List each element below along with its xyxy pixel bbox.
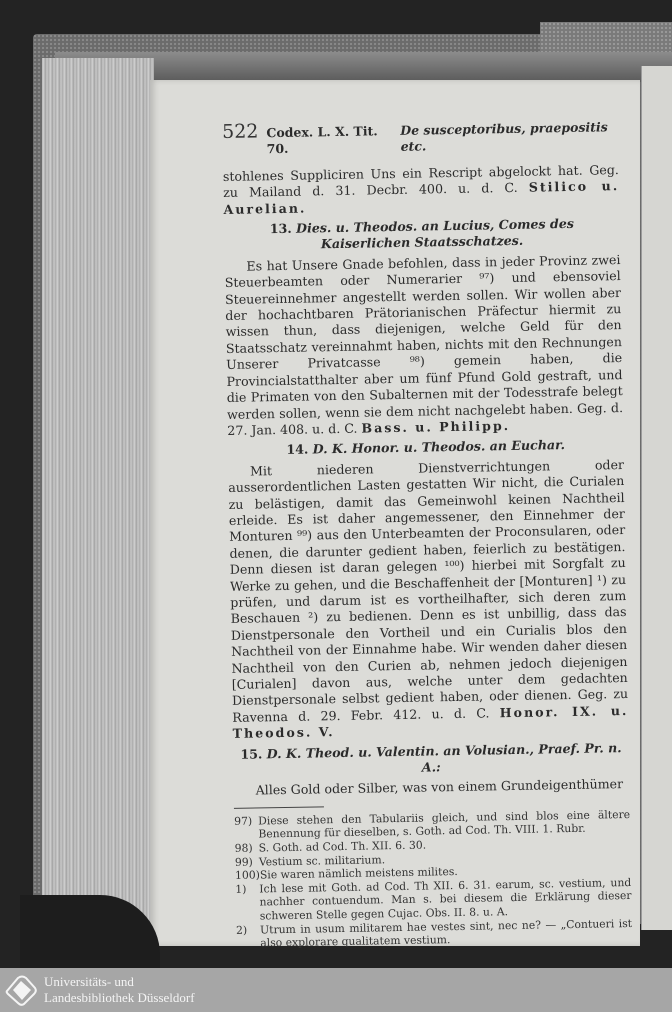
running-header: 522 Codex. L. X. Tit. 70. De susceptorib… xyxy=(222,117,619,159)
section-heading-15: 15. D. K. Theod. u. Valentin. an Volusia… xyxy=(233,740,630,780)
page-text: 522 Codex. L. X. Tit. 70. De susceptorib… xyxy=(222,117,632,951)
footnotes: 97)Diese stehen den Tabulariis gleich, u… xyxy=(234,808,632,951)
section-body-14: Mit niederen Dienstverrichtungen oder au… xyxy=(228,457,629,743)
page-number: 522 xyxy=(222,123,259,140)
section-text: Alles Gold oder Silber, was von einem Gr… xyxy=(256,777,624,798)
continuation-paragraph: stohlenes Suppliciren Uns ein Rescript a… xyxy=(223,162,620,218)
consul-names: Bass. u. Philipp. xyxy=(361,418,510,436)
section-text: Es hat Unsere Gnade befohlen, dass in je… xyxy=(225,252,623,438)
section-body-13: Es hat Unsere Gnade befohlen, dass in je… xyxy=(224,252,623,439)
footnote-marker: 97) xyxy=(234,814,258,842)
running-head-title: De susceptoribus, praepositis etc. xyxy=(400,119,618,156)
section-title: D. K. Honor. u. Theodos. an Euchar. xyxy=(313,437,566,456)
section-title: D. K. Theod. u. Valentin. an Volusian., … xyxy=(267,740,622,775)
footnote-marker: 100) xyxy=(235,869,260,883)
footnote-divider xyxy=(234,806,324,809)
section-body-15: Alles Gold oder Silber, was von einem Gr… xyxy=(234,776,630,799)
footnote-text: Ich lese mit Goth. ad Cod. Th XII. 6. 31… xyxy=(259,876,632,923)
book-logo-icon xyxy=(4,974,38,1006)
running-head-codex: Codex. L. X. Tit. 70. xyxy=(266,123,392,158)
footnote-marker: 2) xyxy=(236,923,260,951)
section-number: 13. xyxy=(270,221,292,236)
library-name-line2: Landesbibliothek Düsseldorf xyxy=(44,990,195,1006)
section-number: 15. xyxy=(240,746,262,761)
footnote-1: 1)Ich lese mit Goth. ad Cod. Th XII. 6. … xyxy=(235,876,632,924)
footnote-marker: 1) xyxy=(235,882,260,923)
library-name: Universitäts- und Landesbibliothek Düsse… xyxy=(44,974,195,1006)
section-heading-13: 13. Dies. u. Theodos. an Lucius, Comes d… xyxy=(224,215,621,255)
section-heading-14: 14. D. K. Honor. u. Theodos. an Euchar. xyxy=(228,436,624,459)
facing-page-edge xyxy=(641,66,672,930)
footnote-marker: 99) xyxy=(235,855,259,869)
section-title: Dies. u. Theodos. an Lucius, Comes des K… xyxy=(296,216,574,252)
section-number: 14. xyxy=(286,442,308,457)
page-block-fore-edge xyxy=(42,58,154,943)
section-text: Mit niederen Dienstverrichtungen oder au… xyxy=(228,457,628,725)
library-name-line1: Universitäts- und xyxy=(44,974,195,990)
footnote-marker: 98) xyxy=(235,842,259,856)
library-footer: Universitäts- und Landesbibliothek Düsse… xyxy=(0,968,672,1012)
